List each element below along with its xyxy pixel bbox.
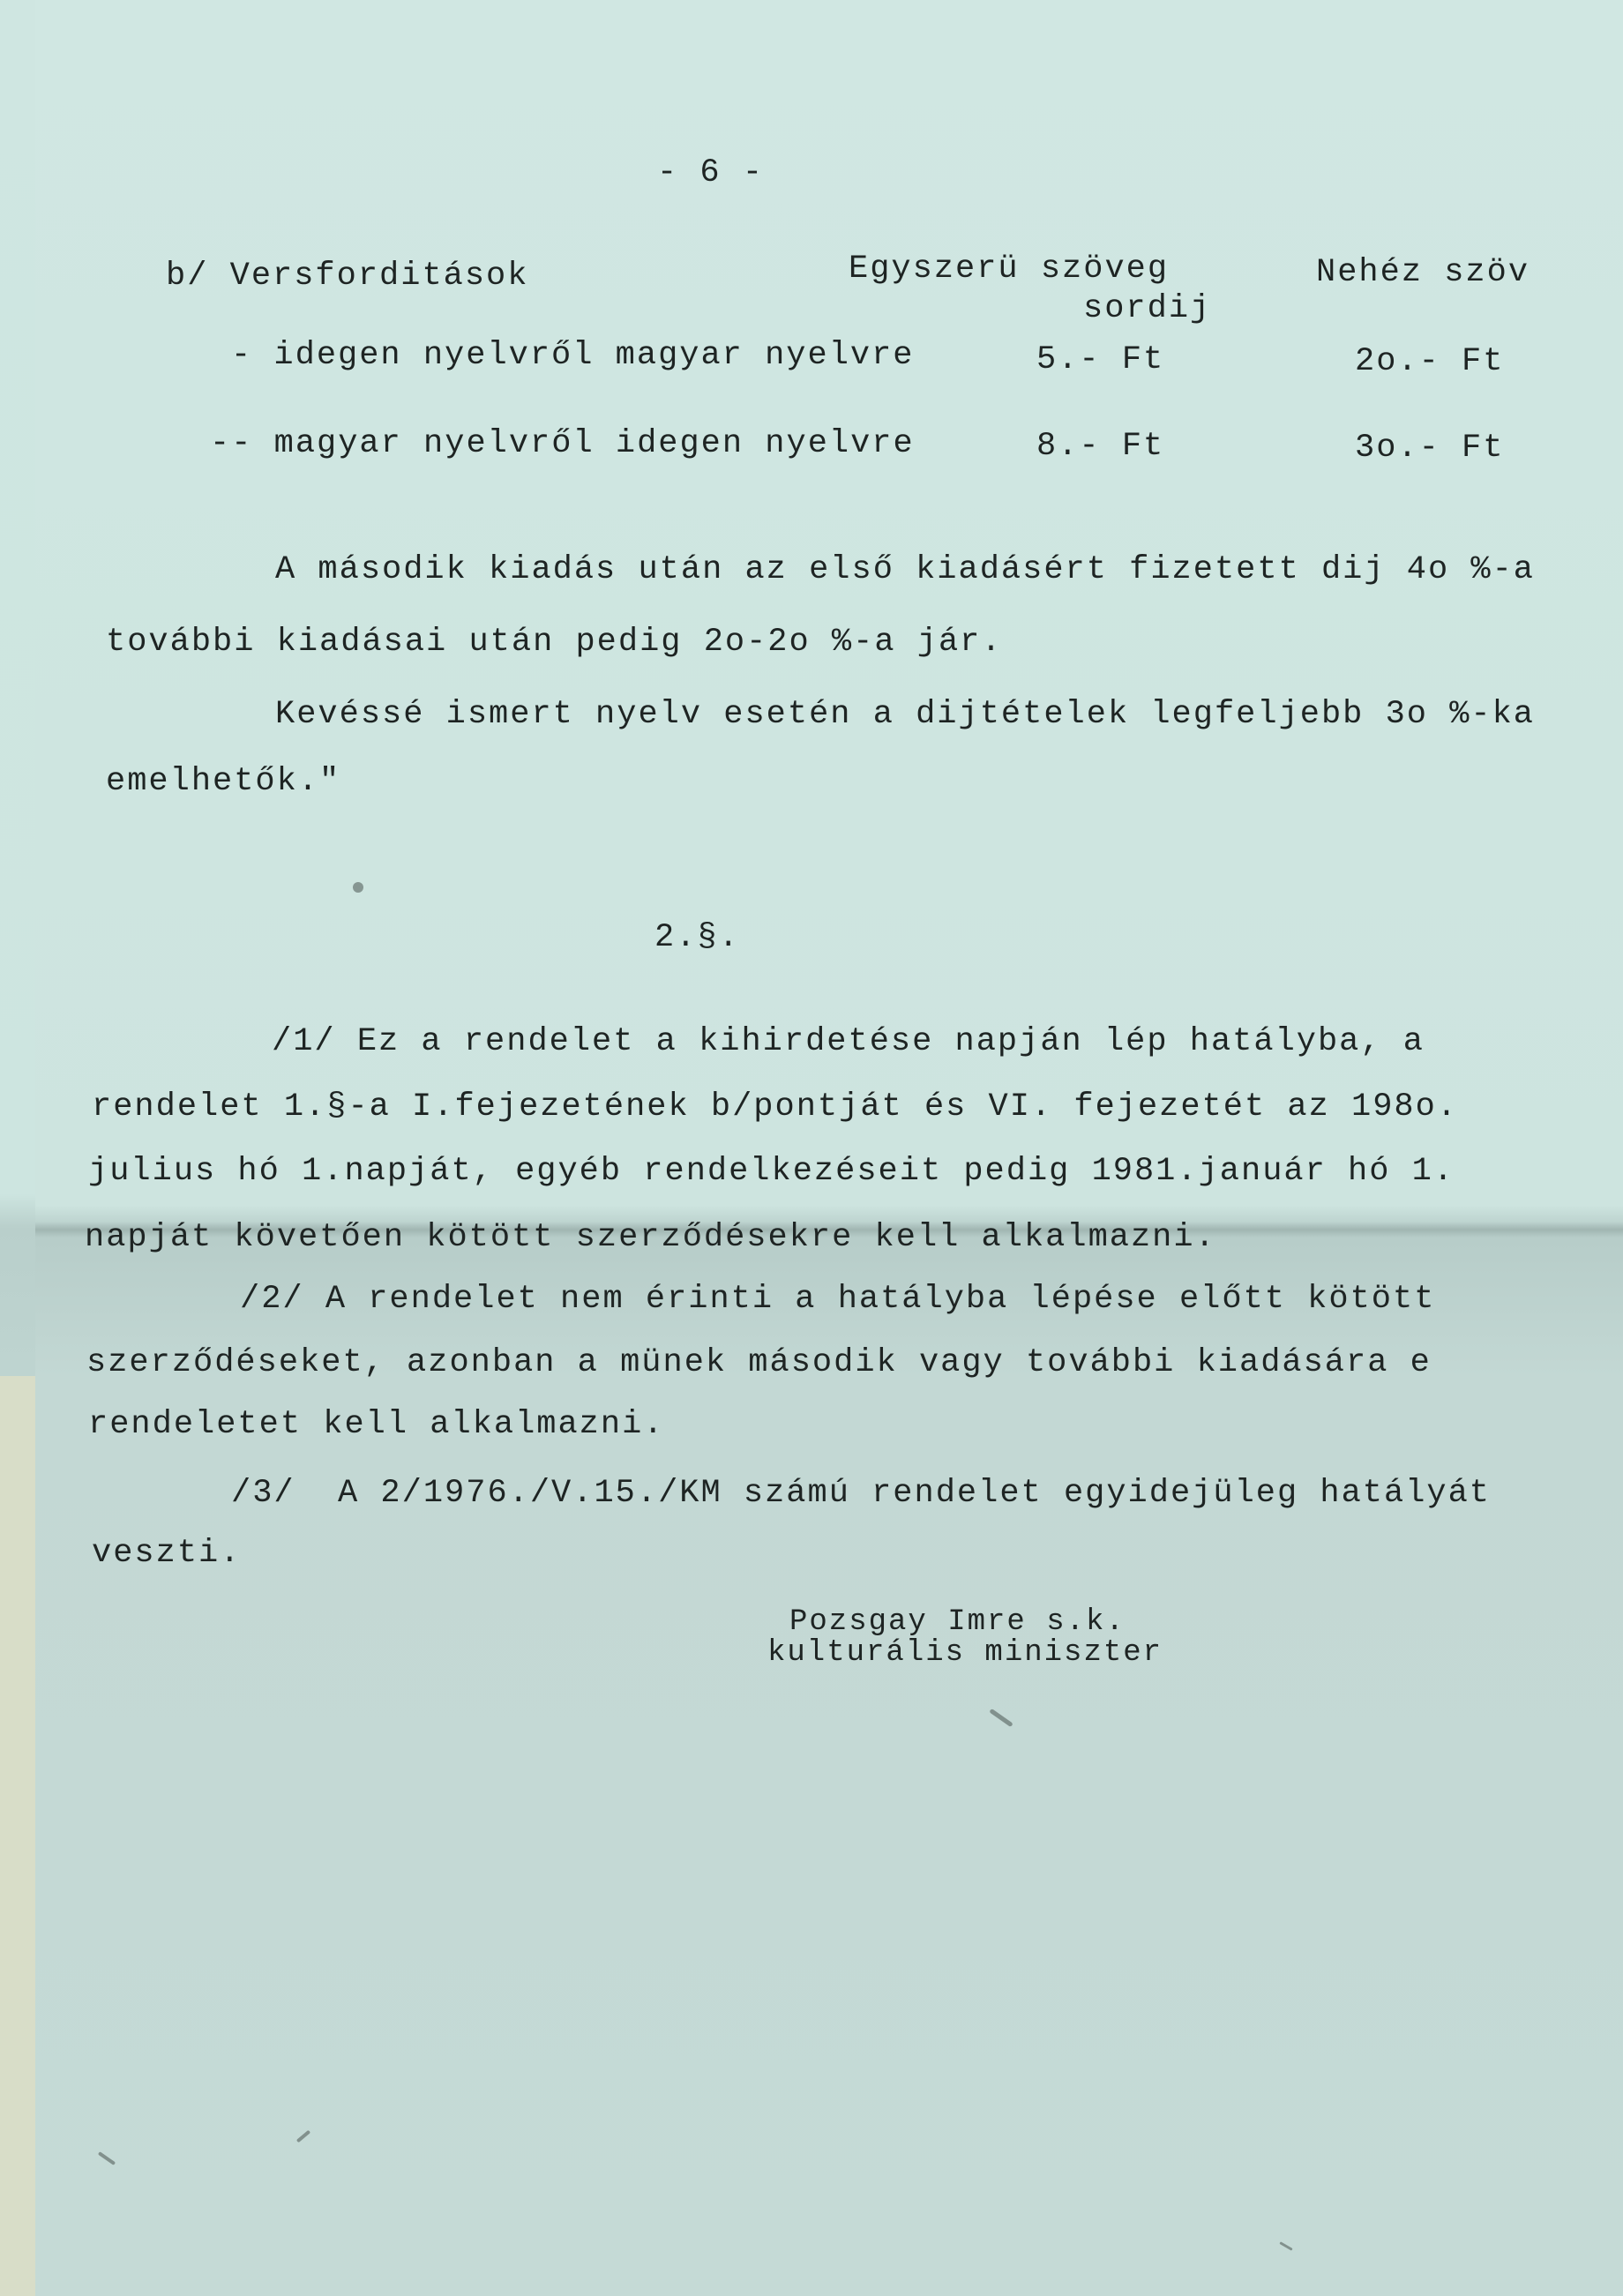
column-header-simple: Egyszerü szöveg — [849, 253, 1169, 286]
paragraph-line: napját követően kötött szerződésekre kel… — [85, 1222, 1216, 1254]
column-header-simple-unit: sordij — [1083, 293, 1211, 325]
paragraph-line: A második kiadás után az első kiadásért … — [275, 554, 1535, 587]
section-label: b/ Versforditások — [166, 260, 528, 293]
column-header-difficult: Nehéz szöv — [1316, 257, 1530, 289]
page-number: - 6 - — [657, 157, 764, 190]
paper-speck — [353, 882, 363, 893]
paragraph-line: Kevéssé ismert nyelv esetén a dijtételek… — [275, 699, 1535, 731]
paragraph-line: rendeletet kell alkalmazni. — [88, 1409, 665, 1441]
paragraph-line: /3/ A 2/1976./V.15./KM számú rendelet eg… — [231, 1477, 1491, 1510]
paragraph-line: /1/ Ez a rendelet a kihirdetése napján l… — [272, 1026, 1425, 1058]
paragraph-line: julius hó 1.napját, egyéb rendelkezéseit… — [88, 1155, 1455, 1188]
section-heading: 2.§. — [654, 922, 740, 954]
paragraph-line: szerződéseket, azonban a münek második v… — [86, 1347, 1432, 1380]
paragraph-line: veszti. — [92, 1537, 241, 1570]
row-label: -- magyar nyelvről idegen nyelvre — [210, 428, 915, 460]
paragraph-line: további kiadásai után pedig 2o-2o %-a já… — [106, 626, 1003, 659]
signatory-title: kulturális miniszter — [767, 1638, 1163, 1668]
row-simple-fee: 8.- Ft — [1036, 430, 1164, 463]
signatory-name: Pozsgay Imre s.k. — [789, 1607, 1126, 1637]
paragraph-line: rendelet 1.§-a I.fejezetének b/pontját é… — [92, 1091, 1458, 1124]
row-difficult-fee: 3o.- Ft — [1355, 432, 1504, 465]
row-simple-fee: 5.- Ft — [1036, 344, 1164, 377]
paragraph-line: /2/ A rendelet nem érinti a hatályba lép… — [240, 1283, 1435, 1316]
row-difficult-fee: 2o.- Ft — [1355, 346, 1504, 378]
row-label: - idegen nyelvről magyar nyelvre — [231, 340, 915, 372]
paragraph-line: emelhetők." — [106, 766, 340, 798]
